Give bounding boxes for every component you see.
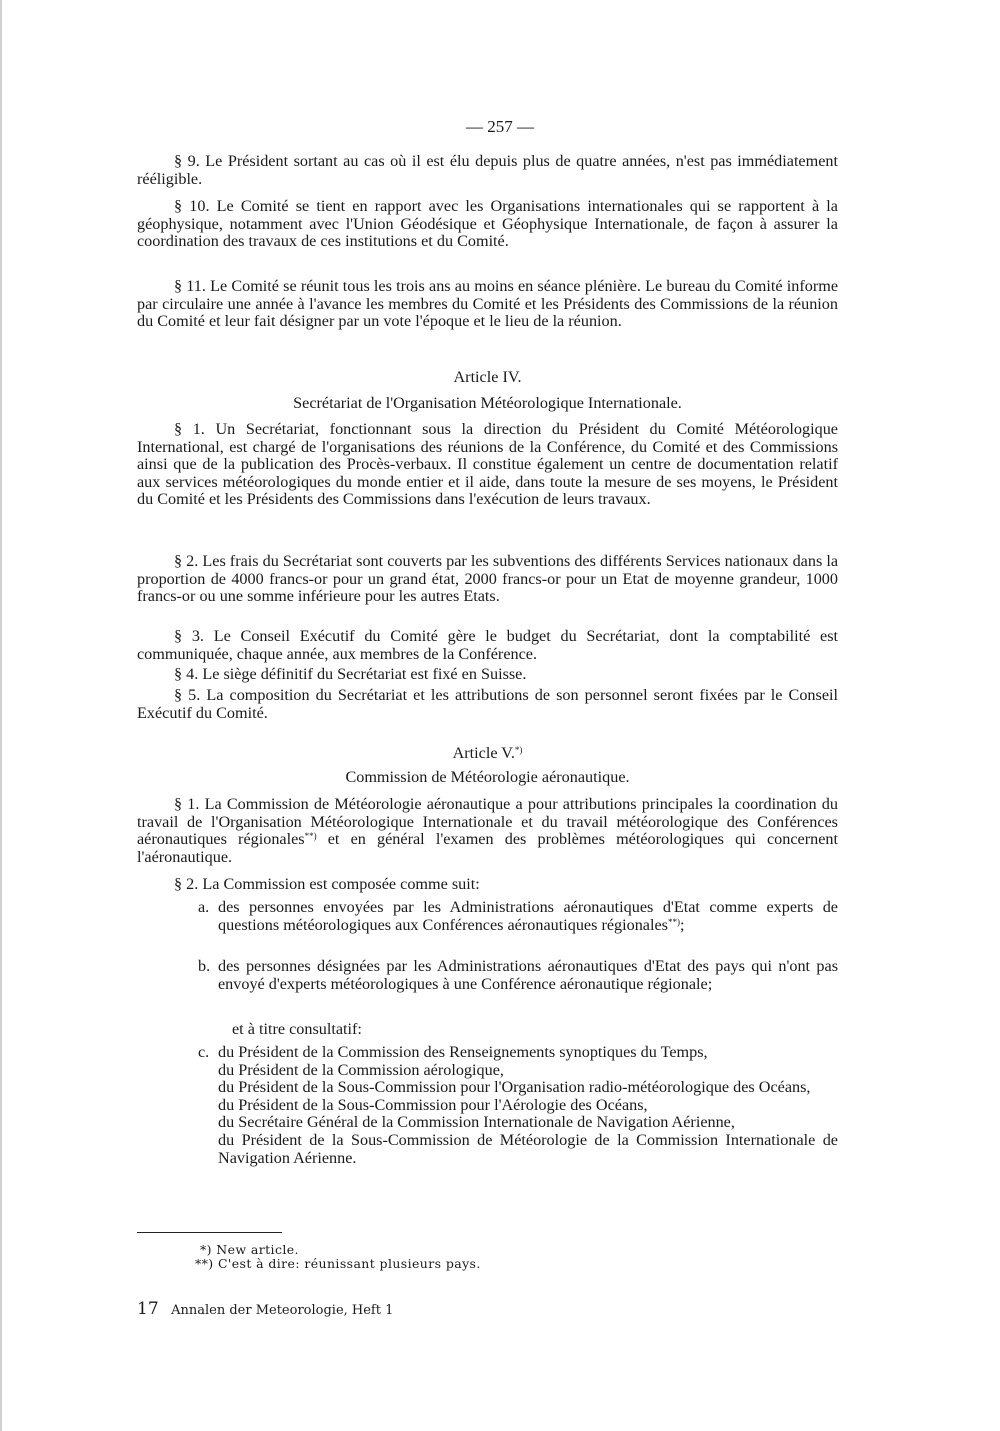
list-item-label: c.	[198, 1044, 209, 1062]
article-5-paragraph-2: § 2. La Commission est composée comme su…	[137, 876, 838, 894]
page-footer: 17 Annalen der Meteorologie, Heft 1	[137, 1299, 393, 1319]
article-4-paragraph-2: § 2. Les frais du Secrétariat sont couve…	[137, 553, 838, 606]
list-item-b: b. des personnes désignées par les Admin…	[218, 958, 838, 993]
footnote-1: *) New article.	[200, 1243, 299, 1257]
article-4-paragraph-1: § 1. Un Secrétariat, fonctionnant sous l…	[137, 421, 838, 509]
article-4-paragraph-5: § 5. La composition du Secrétariat et le…	[137, 687, 838, 722]
journal-title: Annalen der Meteorologie, Heft 1	[171, 1303, 393, 1318]
list-item-c-line: du Président de la Commission des Rensei…	[218, 1044, 838, 1062]
article-5-paragraph-2-text: § 2. La Commission est composée comme su…	[174, 875, 480, 893]
paragraph-11-text: § 11. Le Comité se réunit tous les trois…	[137, 277, 838, 330]
list-item-c-line: du Secrétaire Général de la Commission I…	[218, 1114, 838, 1132]
consultatif-label: et à titre consultatif:	[232, 1021, 852, 1039]
list-item-label: a.	[198, 899, 209, 917]
footnote-ref: **)	[668, 917, 680, 927]
list-item-c-line: du Président de la Sous-Commission pour …	[218, 1097, 838, 1115]
paragraph-9-text: § 9. Le Président sortant au cas où il e…	[137, 152, 838, 188]
footnote-ref: **)	[305, 831, 317, 841]
article-4-paragraph-2-text: § 2. Les frais du Secrétariat sont couve…	[137, 552, 838, 605]
page-number: — 257 —	[0, 117, 1000, 137]
paragraph-10: § 10. Le Comité se tient en rapport avec…	[137, 198, 838, 251]
footnote-divider	[137, 1232, 282, 1233]
list-item-c-line: du Président de la Sous-Commission pour …	[218, 1079, 838, 1097]
paragraph-9: § 9. Le Président sortant au cas où il e…	[137, 153, 838, 188]
article-4-paragraph-4: § 4. Le siège définitif du Secrétariat e…	[137, 666, 838, 684]
sheet-number: 17	[137, 1299, 159, 1319]
page-edge	[0, 0, 2, 1431]
list-item-c-line: du Président de la Sous-Commission de Mé…	[218, 1132, 838, 1167]
paragraph-11: § 11. Le Comité se réunit tous les trois…	[137, 278, 838, 331]
footnote-ref: *)	[515, 745, 523, 755]
article-4-paragraph-1-text: § 1. Un Secrétariat, fonctionnant sous l…	[137, 420, 838, 508]
article-5-heading: Article V.*)	[137, 744, 838, 763]
list-item-text: des personnes envoyées par les Administr…	[218, 898, 838, 934]
list-item-a: a. des personnes envoyées par les Admini…	[218, 899, 838, 934]
article-5-title: Commission de Météorologie aéronautique.	[137, 768, 838, 787]
footnote-2: **) C'est à dire: réunissant plusieurs p…	[195, 1257, 481, 1271]
paragraph-10-text: § 10. Le Comité se tient en rapport avec…	[137, 197, 838, 250]
article-4-paragraph-4-text: § 4. Le siège définitif du Secrétariat e…	[174, 665, 526, 683]
article-4-paragraph-3: § 3. Le Conseil Exécutif du Comité gère …	[137, 628, 838, 663]
list-item-c: c. du Président de la Commission des Ren…	[218, 1044, 838, 1167]
article-4-heading: Article IV.	[137, 368, 838, 387]
article-5-heading-text: Article V.	[453, 744, 515, 762]
list-item-end: ;	[680, 916, 685, 934]
list-item-text: des personnes désignées par les Administ…	[218, 957, 838, 993]
article-5-paragraph-1: § 1. La Commission de Météorologie aéron…	[137, 796, 838, 866]
article-4-paragraph-5-text: § 5. La composition du Secrétariat et le…	[137, 686, 838, 722]
article-4-title: Secrétariat de l'Organisation Météorolog…	[137, 394, 838, 413]
article-4-paragraph-3-text: § 3. Le Conseil Exécutif du Comité gère …	[137, 627, 838, 663]
list-item-label: b.	[198, 958, 210, 976]
list-item-c-line: du Président de la Commission aérologiqu…	[218, 1062, 838, 1080]
